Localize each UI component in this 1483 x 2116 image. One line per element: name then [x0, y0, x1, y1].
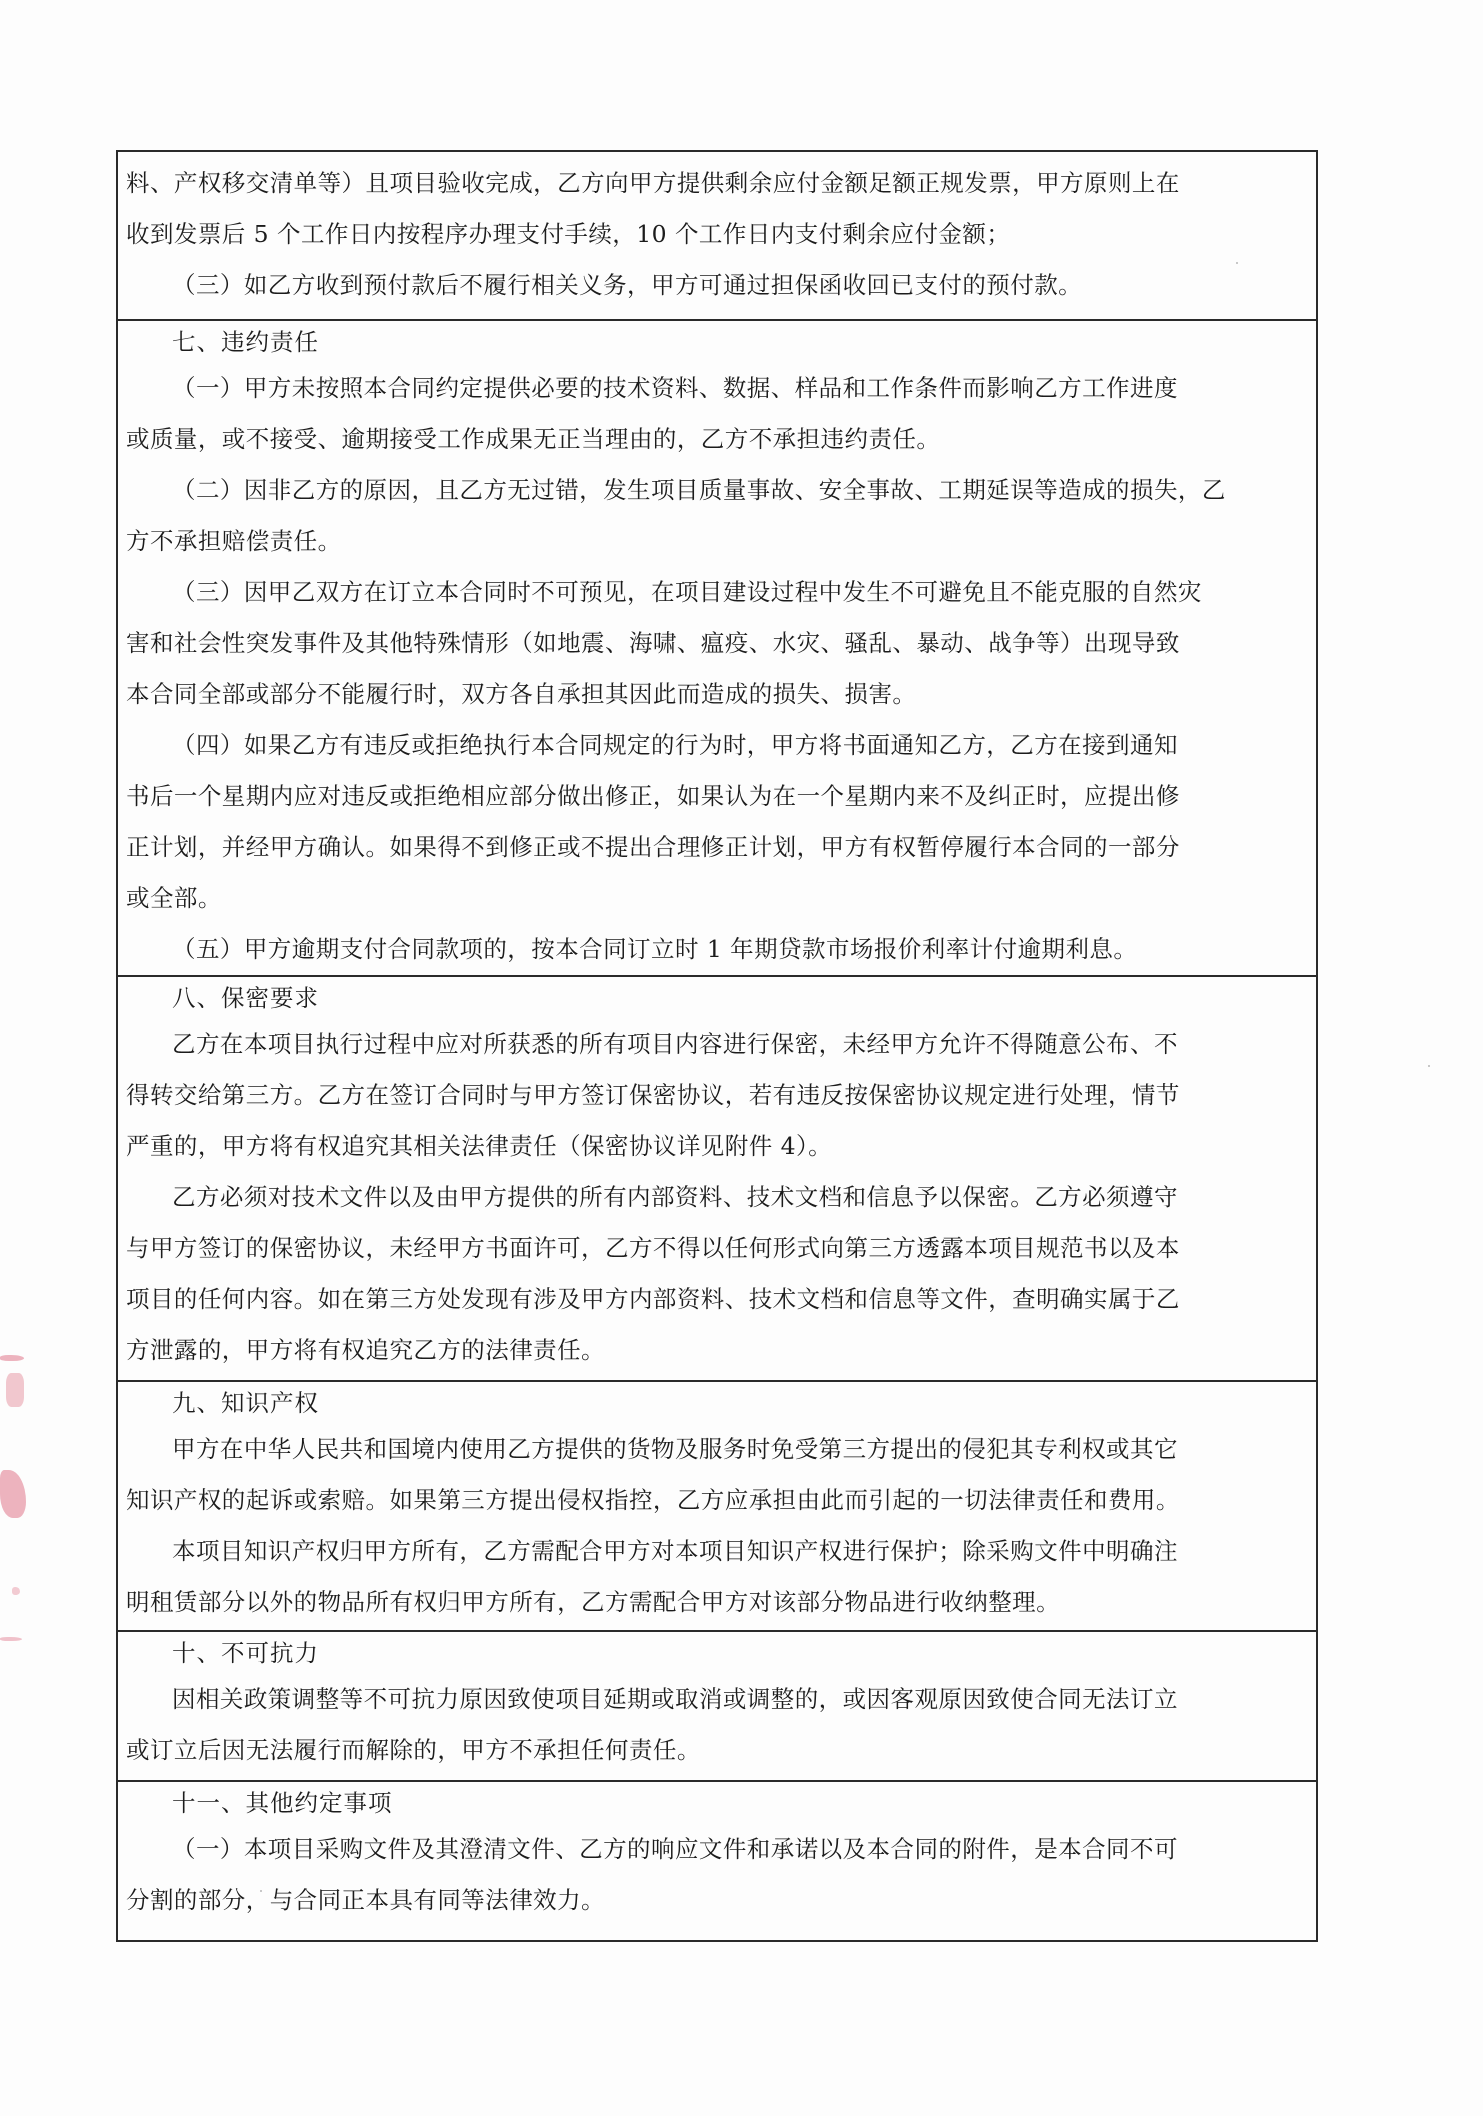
clause-line: 知识产权的起诉或索赔。如果第三方提出侵权指控，乙方应承担由此而引起的一切法律责任…: [126, 1475, 1306, 1526]
clause-line: 项目的任何内容。如在第三方处发现有涉及甲方内部资料、技术文档和信息等文件，查明确…: [126, 1274, 1306, 1325]
section-heading: 九、知识产权: [126, 1382, 1306, 1424]
clause-line: 书后一个星期内应对违反或拒绝相应部分做出修正，如果认为在一个星期内来不及纠正时，…: [126, 771, 1306, 822]
section-breach-liability: 七、违约责任 （一）甲方未按照本合同约定提供必要的技术资料、数据、样品和工作条件…: [118, 319, 1316, 975]
section-other-terms: 十一、其他约定事项 （一）本项目采购文件及其澄清文件、乙方的响应文件和承诺以及本…: [118, 1780, 1316, 1940]
clause-line: 害和社会性突发事件及其他特殊情形（如地震、海啸、瘟疫、水灾、骚乱、暴动、战争等）…: [126, 618, 1306, 669]
clause-line: 或全部。: [126, 873, 1306, 924]
scanned-contract-page: 料、产权移交清单等）且项目验收完成，乙方向甲方提供剩余应付金额足额正规发票，甲方…: [0, 0, 1483, 2116]
clause-line: 因相关政策调整等不可抗力原因致使项目延期或取消或调整的，或因客观原因致使合同无法…: [126, 1674, 1306, 1725]
section-intellectual-property: 九、知识产权 甲方在中华人民共和国境内使用乙方提供的货物及服务时免受第三方提出的…: [118, 1380, 1316, 1630]
clause-line: 得转交给第三方。乙方在签订合同时与甲方签订保密协议，若有违反按保密协议规定进行处…: [126, 1070, 1306, 1121]
clause-line: 严重的，甲方将有权追究其相关法律责任（保密协议详见附件 4）。: [126, 1121, 1306, 1172]
clause-line: 正计划，并经甲方确认。如果得不到修正或不提出合理修正计划，甲方有权暂停履行本合同…: [126, 822, 1306, 873]
contract-clauses-table: 料、产权移交清单等）且项目验收完成，乙方向甲方提供剩余应付金额足额正规发票，甲方…: [116, 150, 1318, 1942]
clause-line: 乙方必须对技术文件以及由甲方提供的所有内部资料、技术文档和信息予以保密。乙方必须…: [126, 1172, 1306, 1223]
clause-line: （二）因非乙方的原因，且乙方无过错，发生项目质量事故、安全事故、工期延误等造成的…: [126, 465, 1306, 516]
clause-line: 本合同全部或部分不能履行时，双方各自承担其因此而造成的损失、损害。: [126, 669, 1306, 720]
clause-line: 明租赁部分以外的物品所有权归甲方所有，乙方需配合甲方对该部分物品进行收纳整理。: [126, 1577, 1306, 1628]
section-heading: 八、保密要求: [126, 977, 1306, 1019]
section-confidentiality: 八、保密要求 乙方在本项目执行过程中应对所获悉的所有项目内容进行保密，未经甲方允…: [118, 975, 1316, 1380]
section-heading: 十一、其他约定事项: [126, 1782, 1306, 1824]
clause-line: 方不承担赔偿责任。: [126, 516, 1306, 567]
clause-line: （五）甲方逾期支付合同款项的，按本合同订立时 1 年期贷款市场报价利率计付逾期利…: [126, 924, 1306, 975]
section-payment-continued: 料、产权移交清单等）且项目验收完成，乙方向甲方提供剩余应付金额足额正规发票，甲方…: [118, 152, 1316, 319]
clause-line: 或订立后因无法履行而解除的，甲方不承担任何责任。: [126, 1725, 1306, 1776]
clause-line: （三）因甲乙双方在订立本合同时不可预见，在项目建设过程中发生不可避免且不能克服的…: [126, 567, 1306, 618]
clause-line: 分割的部分，与合同正本具有同等法律效力。: [126, 1875, 1306, 1926]
scan-speck: [1428, 1065, 1430, 1067]
clause-line: 甲方在中华人民共和国境内使用乙方提供的货物及服务时免受第三方提出的侵犯其专利权或…: [126, 1424, 1306, 1475]
clause-line: 乙方在本项目执行过程中应对所获悉的所有项目内容进行保密，未经甲方允许不得随意公布…: [126, 1019, 1306, 1070]
clause-line: 料、产权移交清单等）且项目验收完成，乙方向甲方提供剩余应付金额足额正规发票，甲方…: [126, 158, 1306, 209]
section-heading: 十、不可抗力: [126, 1632, 1306, 1674]
clause-line: （三）如乙方收到预付款后不履行相关义务，甲方可通过担保函收回已支付的预付款。: [126, 260, 1306, 311]
section-heading: 七、违约责任: [126, 321, 1306, 363]
clause-line: 或质量，或不接受、逾期接受工作成果无正当理由的，乙方不承担违约责任。: [126, 414, 1306, 465]
clause-line: （一）本项目采购文件及其澄清文件、乙方的响应文件和承诺以及本合同的附件，是本合同…: [126, 1824, 1306, 1875]
clause-line: （一）甲方未按照本合同约定提供必要的技术资料、数据、样品和工作条件而影响乙方工作…: [126, 363, 1306, 414]
clause-line: 收到发票后 5 个工作日内按程序办理支付手续，10 个工作日内支付剩余应付金额；: [126, 209, 1306, 260]
clause-line: （四）如果乙方有违反或拒绝执行本合同规定的行为时，甲方将书面通知乙方，乙方在接到…: [126, 720, 1306, 771]
red-seal-fragment: [0, 1355, 34, 1655]
clause-line: 与甲方签订的保密协议，未经甲方书面许可，乙方不得以任何形式向第三方透露本项目规范…: [126, 1223, 1306, 1274]
clause-line: 方泄露的，甲方将有权追究乙方的法律责任。: [126, 1325, 1306, 1376]
section-force-majeure: 十、不可抗力 因相关政策调整等不可抗力原因致使项目延期或取消或调整的，或因客观原…: [118, 1630, 1316, 1780]
clause-line: 本项目知识产权归甲方所有，乙方需配合甲方对本项目知识产权进行保护；除采购文件中明…: [126, 1526, 1306, 1577]
